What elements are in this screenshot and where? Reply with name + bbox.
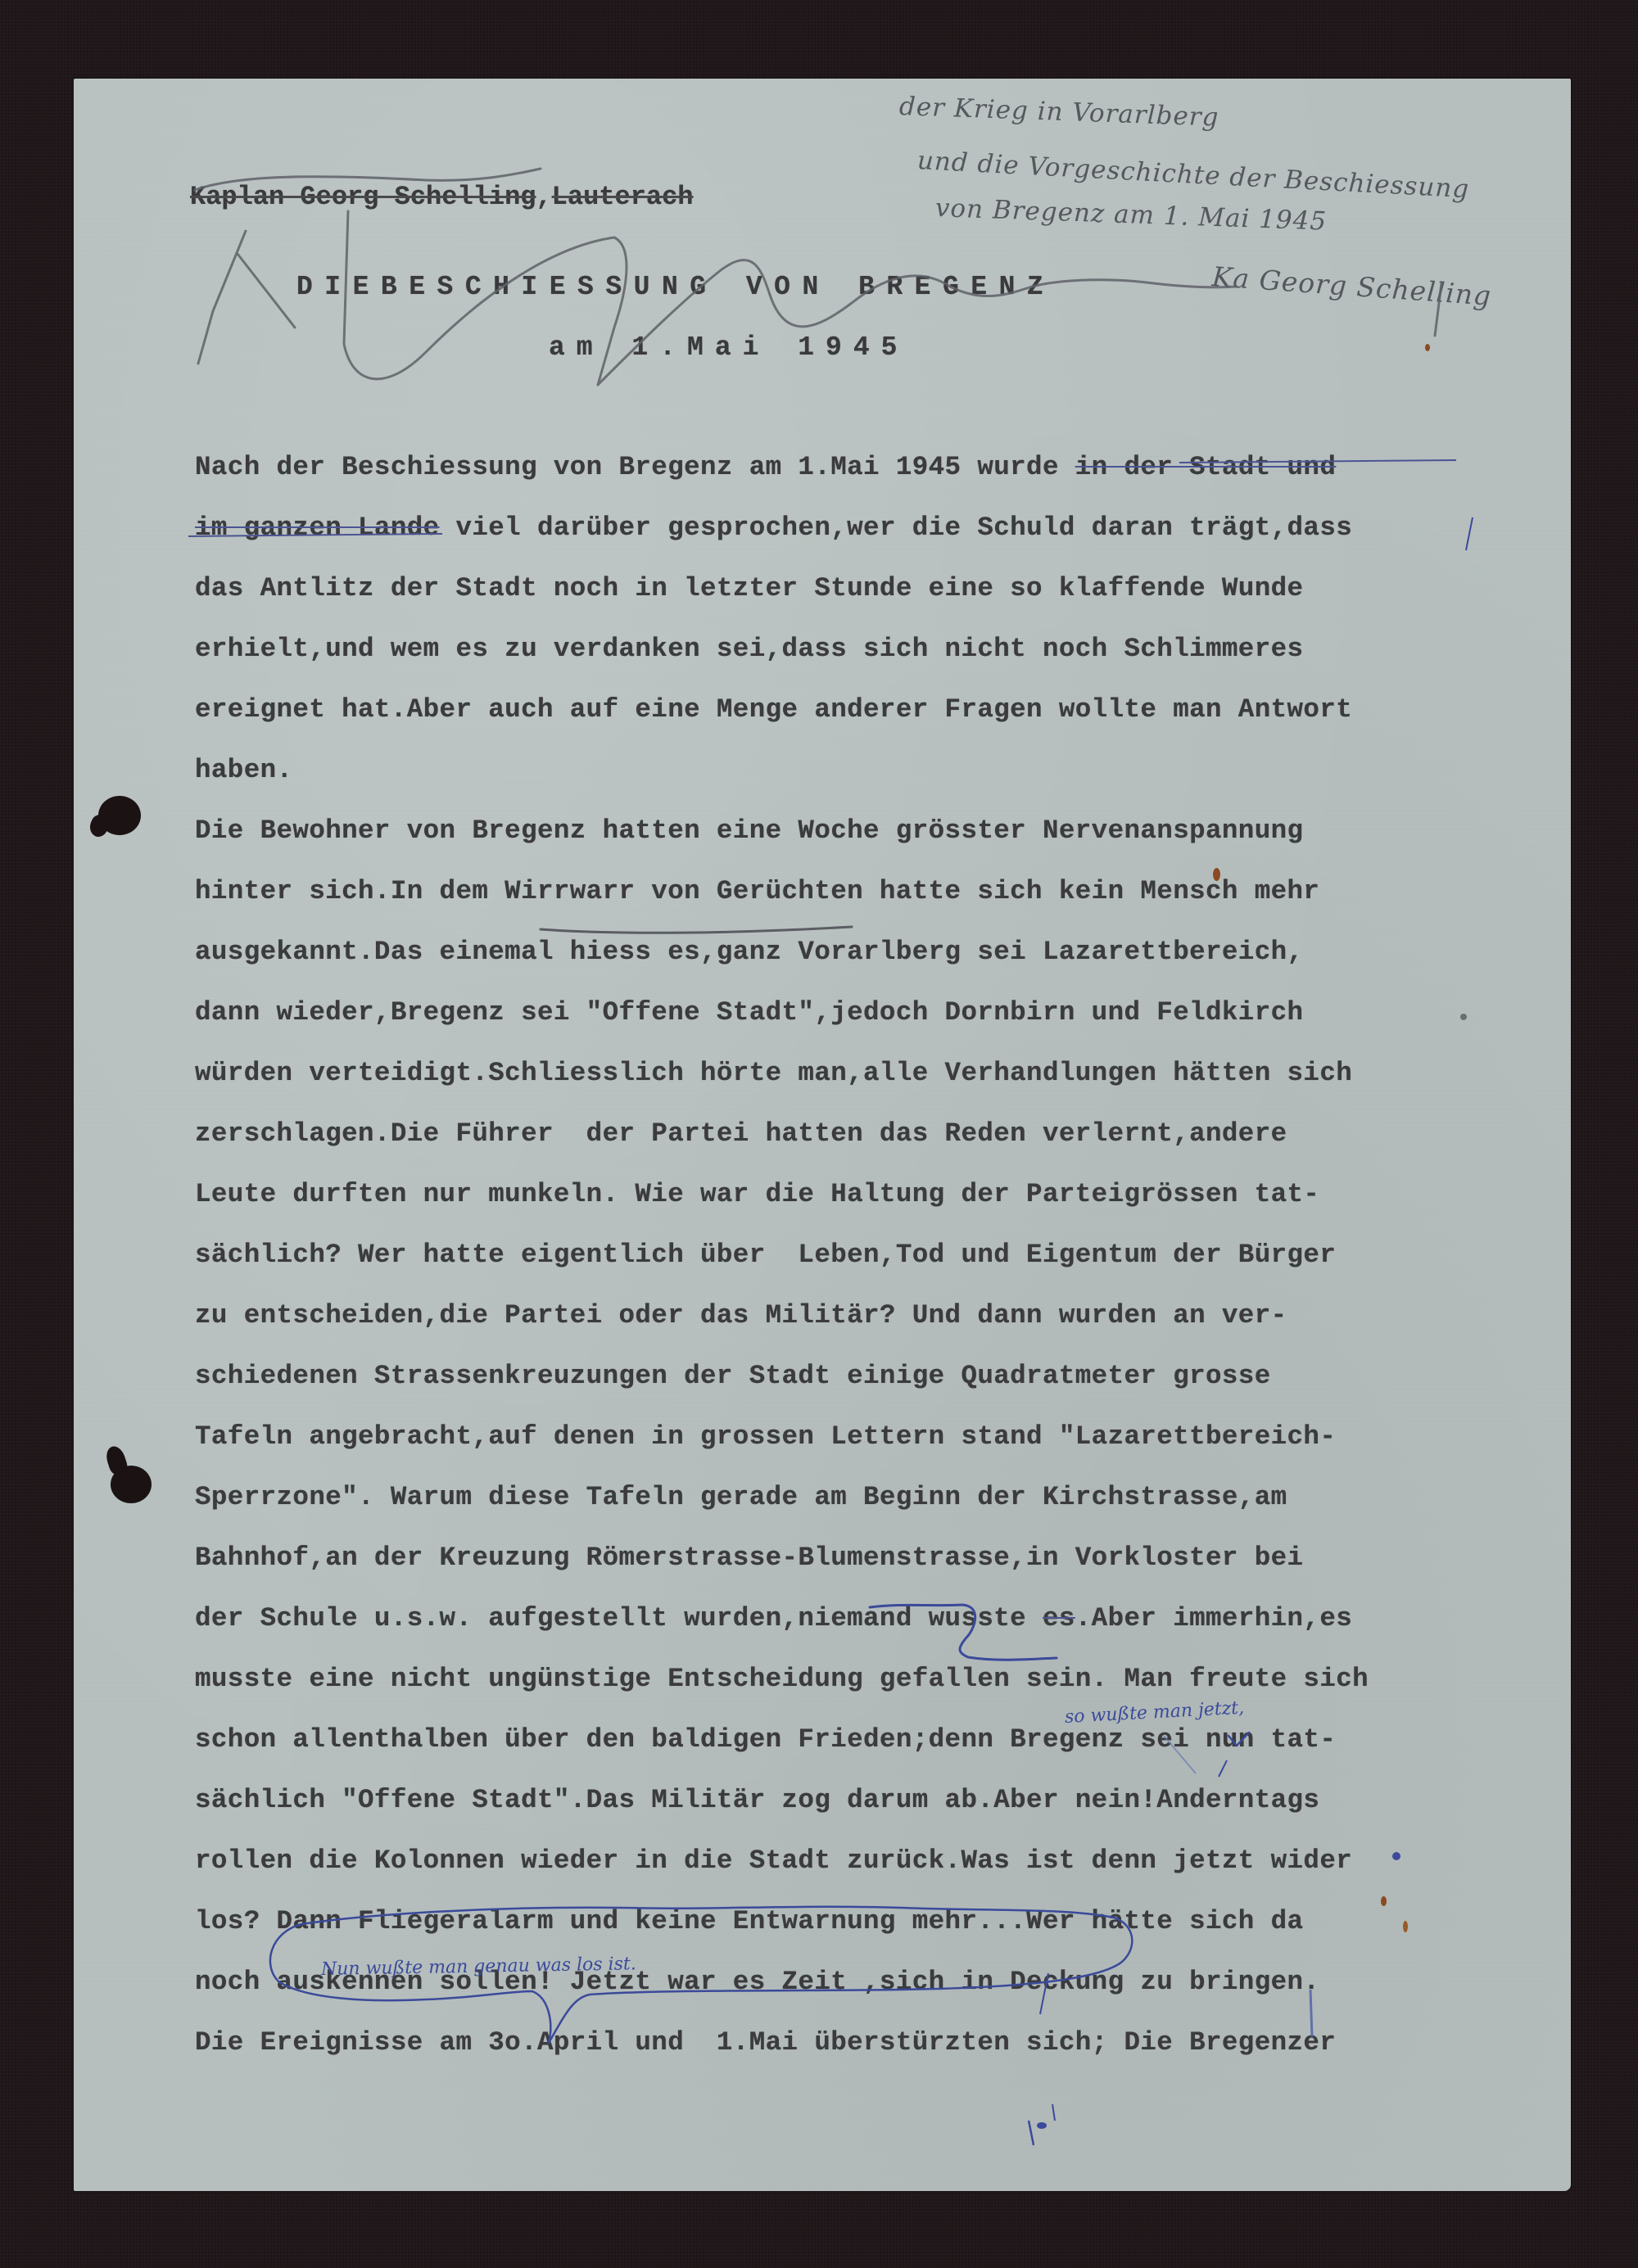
body-line-21: musste eine nicht ungünstige Entscheidun… — [195, 1664, 1369, 1694]
body-line-3: das Antlitz der Stadt noch in letzter St… — [195, 573, 1303, 603]
author-line: Kaplan Georg Schelling,Lauterach — [190, 182, 694, 212]
ink-blot — [1392, 1852, 1400, 1860]
body-line-22: schon allenthalben über den baldigen Fri… — [195, 1724, 1336, 1755]
author-comma: , — [536, 182, 551, 212]
body-line-1: Nach der Beschiessung von Bregenz am 1.M… — [195, 452, 1336, 482]
document-title: DIEBESCHIESSUNG VON BREGENZ — [296, 272, 1055, 302]
rust-stain — [1403, 1921, 1408, 1932]
body-line-13: Leute durften nur munkeln. Wie war die H… — [195, 1179, 1319, 1209]
author-place-struck: Lauterach — [552, 182, 694, 212]
body-line-10: dann wieder,Bregenz sei "Offene Stadt",j… — [195, 997, 1303, 1028]
body-line-12: zerschlagen.Die Führer der Partei hatten… — [195, 1118, 1287, 1149]
body-line-11: würden verteidigt.Schliesslich hörte man… — [195, 1058, 1352, 1088]
punch-hole-upper — [98, 796, 141, 835]
body-line-24: rollen die Kolonnen wieder in die Stadt … — [195, 1846, 1352, 1876]
body-line-23: sächlich "Offene Stadt".Das Militär zog … — [195, 1785, 1319, 1815]
body-line-2: im ganzen Lande viel darüber gesprochen,… — [195, 513, 1352, 543]
body-line-25: los? Dann Fliegeralarm und keine Entwarn… — [195, 1906, 1303, 1936]
rust-stain — [1425, 344, 1430, 351]
body-line-27: Die Ereignisse am 3o.April und 1.Mai übe… — [195, 2027, 1336, 2058]
body-line-4: erhielt,und wem es zu verdanken sei,dass… — [195, 634, 1303, 664]
body-line-17: Tafeln angebracht,auf denen in grossen L… — [195, 1421, 1336, 1452]
body-line-18: Sperrzone". Warum diese Tafeln gerade am… — [195, 1482, 1287, 1512]
body-line-16: schiedenen Strassenkreuzungen der Stadt … — [195, 1361, 1271, 1391]
rust-stain — [1381, 1896, 1387, 1906]
document-date: am 1.Mai 1945 — [549, 332, 908, 363]
body-line-8: hinter sich.In dem Wirrwarr von Gerüchte… — [195, 876, 1319, 906]
body-line-20: der Schule u.s.w. aufgestellt wurden,nie… — [195, 1603, 1352, 1633]
body-line-19: Bahnhof,an der Kreuzung Römerstrasse-Blu… — [195, 1543, 1303, 1573]
body-line-9: ausgekannt.Das einemal hiess es,ganz Vor… — [195, 937, 1303, 967]
body-line-6: haben. — [195, 755, 292, 785]
ink-blot — [1037, 2122, 1047, 2129]
struck-text: in der Stadt und — [1075, 452, 1336, 482]
body-line-5: ereignet hat.Aber auch auf eine Menge an… — [195, 694, 1352, 725]
punch-hole-lower — [111, 1466, 152, 1503]
body-line-7: Die Bewohner von Bregenz hatten eine Woc… — [195, 815, 1303, 846]
struck-text: im ganzen Lande — [195, 513, 440, 543]
body-line-14: sächlich? Wer hatte eigentlich über Lebe… — [195, 1240, 1336, 1270]
author-name-struck: Kaplan Georg Schelling — [190, 182, 536, 212]
struck-text: es — [1043, 1603, 1075, 1633]
body-line-15: zu entscheiden,die Partei oder das Milit… — [195, 1300, 1287, 1331]
